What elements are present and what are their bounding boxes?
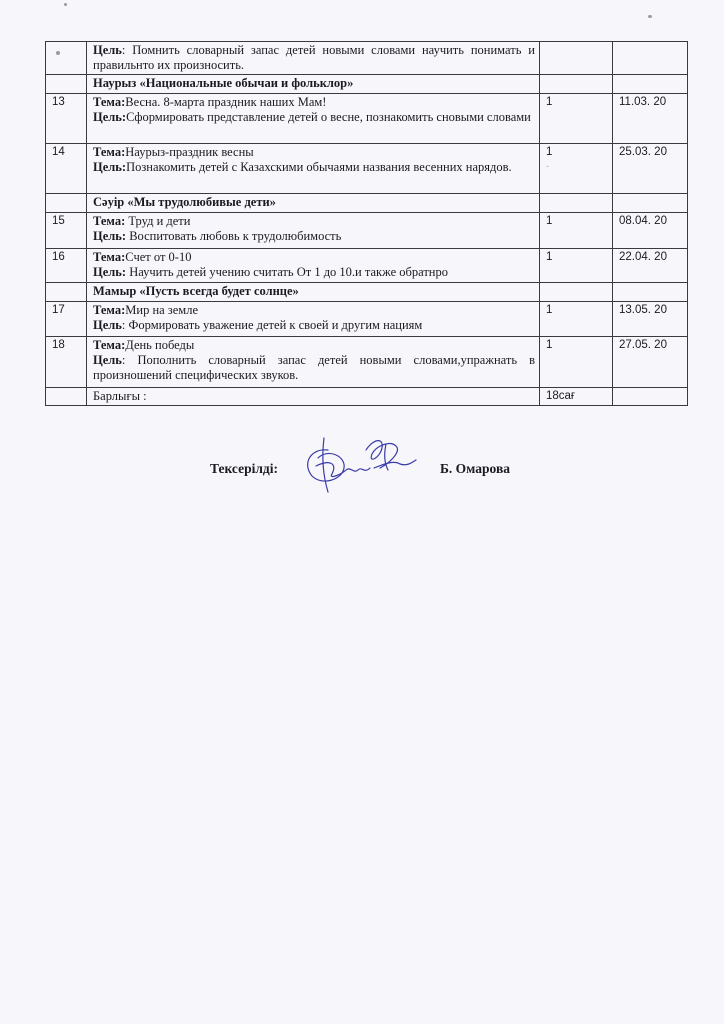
goal-label: Цель:: [93, 265, 126, 279]
section-row: Сәуір «Мы трудолюбивые дети»: [46, 194, 688, 213]
goal-text: Воспитовать любовь к трудолюбимость: [126, 229, 341, 243]
hours-cell: 1: [540, 94, 613, 144]
hours-cell: 1: [540, 302, 613, 337]
goal-text: : Пополнить словарный запас детей новыми…: [93, 353, 535, 382]
row-number-cell: [46, 42, 87, 75]
hours-value: 1: [546, 146, 552, 158]
row-number-cell: 15: [46, 213, 87, 249]
goal-text: Научить детей учению считать От 1 до 10.…: [126, 265, 448, 279]
row-number-cell: 13: [46, 94, 87, 144]
topic-label: Тема:: [93, 303, 125, 317]
table-row: 13 Тема:Весна. 8-марта праздник наших Ма…: [46, 94, 688, 144]
row-number-cell: 18: [46, 337, 87, 388]
goal-label: Цель: [93, 353, 122, 367]
goal-label: Цель: [93, 43, 122, 57]
row-content-cell: Тема:День победы Цель: Пополнить словарн…: [87, 337, 540, 388]
date-cell: 13.05. 20: [613, 302, 688, 337]
section-title: Мамыр «Пусть всегда будет солнце»: [87, 283, 540, 302]
goal-text: : Помнить словарный запас детей новыми с…: [93, 43, 535, 72]
date-cell: 25.03. 20: [613, 144, 688, 194]
topic-text: Весна. 8-марта праздник наших Мам!: [125, 95, 326, 109]
topic-label: Тема:: [93, 250, 125, 264]
goal-text: : Формировать уважение детей к своей и д…: [122, 318, 422, 332]
row-number-cell: 17: [46, 302, 87, 337]
total-hours: 18сағ: [540, 388, 613, 406]
hours-cell: [540, 42, 613, 75]
scan-speck: -: [546, 162, 608, 170]
topic-label: Тема:: [93, 338, 125, 352]
row-content-cell: Цель: Помнить словарный запас детей новы…: [87, 42, 540, 75]
topic-label: Тема:: [93, 145, 125, 159]
table-row: 14 Тема:Наурыз-праздник весны Цель:Позна…: [46, 144, 688, 194]
goal-text: Сформировать представление детей о весне…: [126, 110, 531, 124]
signature-icon: [298, 430, 418, 496]
lesson-plan-table: Цель: Помнить словарный запас детей новы…: [45, 41, 688, 406]
goal-label: Цель:: [93, 160, 126, 174]
table-row: 16 Тема:Счет от 0-10 Цель: Научить детей…: [46, 249, 688, 283]
goal-text: Познакомить детей с Казахскими обычаями …: [126, 160, 512, 174]
topic-text: Наурыз-праздник весны: [125, 145, 253, 159]
row-number-cell: [46, 194, 87, 213]
row-content-cell: Тема:Счет от 0-10 Цель: Научить детей уч…: [87, 249, 540, 283]
row-number-cell: [46, 388, 87, 406]
reviewer-name: Б. Омарова: [440, 461, 510, 477]
hours-cell: 1: [540, 249, 613, 283]
date-cell: 11.03. 20: [613, 94, 688, 144]
topic-text: День победы: [125, 338, 194, 352]
date-cell: [613, 388, 688, 406]
row-number-cell: 16: [46, 249, 87, 283]
section-title: Наурыз «Национальные обычаи и фольклор»: [87, 75, 540, 94]
hours-cell: [540, 283, 613, 302]
date-cell: [613, 283, 688, 302]
hours-cell: 1-: [540, 144, 613, 194]
signoff-block: Тексерілді: Б. Омарова: [0, 452, 724, 492]
hours-cell: 1: [540, 213, 613, 249]
checked-by-label: Тексерілді:: [210, 461, 278, 477]
row-content-cell: Тема:Весна. 8-марта праздник наших Мам! …: [87, 94, 540, 144]
topic-label: Тема:: [93, 214, 125, 228]
topic-text: Труд и дети: [125, 214, 190, 228]
goal-label: Цель: [93, 318, 122, 332]
date-cell: [613, 42, 688, 75]
hours-cell: [540, 75, 613, 94]
row-number-cell: [46, 283, 87, 302]
scan-speck: [64, 3, 67, 6]
topic-label: Тема:: [93, 95, 125, 109]
date-cell: [613, 194, 688, 213]
scan-speck: [648, 15, 652, 18]
table-row: 18 Тема:День победы Цель: Пополнить слов…: [46, 337, 688, 388]
topic-text: Мир на земле: [125, 303, 198, 317]
total-label: Барлығы :: [87, 388, 540, 406]
scan-speck: [56, 51, 60, 55]
section-row: Мамыр «Пусть всегда будет солнце»: [46, 283, 688, 302]
date-cell: 27.05. 20: [613, 337, 688, 388]
table-row: 17 Тема:Мир на земле Цель: Формировать у…: [46, 302, 688, 337]
hours-cell: 1: [540, 337, 613, 388]
topic-text: Счет от 0-10: [125, 250, 191, 264]
date-cell: [613, 75, 688, 94]
row-content-cell: Тема:Мир на земле Цель: Формировать уваж…: [87, 302, 540, 337]
total-row: Барлығы : 18сағ: [46, 388, 688, 406]
table-row: Цель: Помнить словарный запас детей новы…: [46, 42, 688, 75]
section-row: Наурыз «Национальные обычаи и фольклор»: [46, 75, 688, 94]
goal-label: Цель:: [93, 229, 126, 243]
date-cell: 08.04. 20: [613, 213, 688, 249]
goal-label: Цель:: [93, 110, 126, 124]
row-number-cell: [46, 75, 87, 94]
row-number-cell: 14: [46, 144, 87, 194]
date-cell: 22.04. 20: [613, 249, 688, 283]
table-row: 15 Тема: Труд и дети Цель: Воспитовать л…: [46, 213, 688, 249]
row-content-cell: Тема:Наурыз-праздник весны Цель:Познаком…: [87, 144, 540, 194]
row-content-cell: Тема: Труд и дети Цель: Воспитовать любо…: [87, 213, 540, 249]
section-title: Сәуір «Мы трудолюбивые дети»: [87, 194, 540, 213]
hours-cell: [540, 194, 613, 213]
